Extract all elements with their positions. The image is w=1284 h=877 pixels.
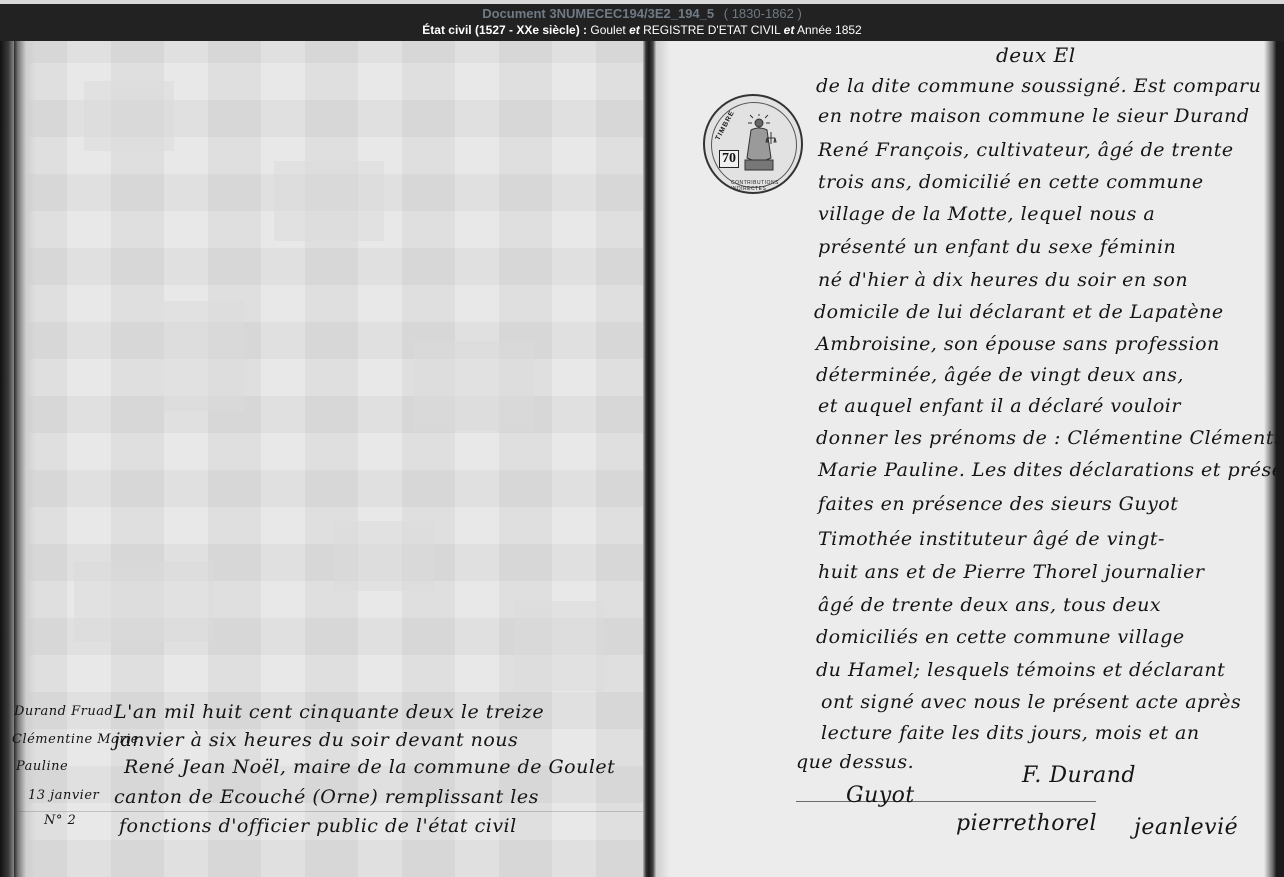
handwritten-line: né d'hier à dix heures du soir en son xyxy=(818,269,1188,291)
handwritten-line: L'an mil huit cent cinquante deux le tre… xyxy=(114,701,544,723)
scan-tile xyxy=(414,341,534,431)
margin-annotation: deux El xyxy=(996,43,1076,67)
document-years: ( 1830-1862 ) xyxy=(724,6,802,21)
margin-note-line: N° 2 xyxy=(44,813,76,828)
document-header: Document 3NUMECEC194/3E2_194_5 ( 1830-18… xyxy=(0,4,1284,41)
handwritten-line: canton de Ecouché (Orne) remplissant les xyxy=(114,786,539,808)
handwritten-line: présenté un enfant du sexe féminin xyxy=(818,236,1176,258)
handwritten-line: et auquel enfant il a déclaré vouloir xyxy=(818,395,1181,417)
handwritten-line: de la dite commune soussigné. Est compar… xyxy=(816,75,1261,97)
document-title: Document 3NUMECEC194/3E2_194_5 xyxy=(482,6,714,21)
ruled-line xyxy=(14,811,643,812)
handwritten-line: que dessus. xyxy=(796,751,914,773)
breadcrumb-separator: et xyxy=(629,23,640,37)
scan-tile xyxy=(334,521,434,591)
right-page-scan: TIMBRE 70 CONTRIBUTIONS INDIRECTES deux … xyxy=(656,41,1276,877)
handwritten-line: fonctions d'officier public de l'état ci… xyxy=(119,815,517,837)
signature-flourish xyxy=(796,801,1096,802)
handwritten-line: âgé de trente deux ans, tous deux xyxy=(818,594,1161,616)
handwritten-line: village de la Motte, lequel nous a xyxy=(818,203,1155,225)
book-right-edge xyxy=(1276,41,1284,877)
book-left-edge xyxy=(0,41,14,877)
handwritten-line: donner les prénoms de : Clémentine Cléme… xyxy=(816,427,1284,449)
handwritten-line: du Hamel; lesquels témoins et déclarant xyxy=(816,659,1225,681)
breadcrumb-collection[interactable]: État civil (1527 - XXe siècle) : xyxy=(422,23,587,37)
handwritten-line: ont signé avec nous le présent acte aprè… xyxy=(821,691,1241,713)
breadcrumb: État civil (1527 - XXe siècle) : Goulet … xyxy=(0,23,1284,38)
scan-tile xyxy=(84,81,174,151)
breadcrumb-register[interactable]: REGISTRE D'ETAT CIVIL xyxy=(643,23,780,37)
scan-tile xyxy=(514,601,604,691)
signature: Guyot xyxy=(846,783,915,808)
signature: pierrethorel xyxy=(956,811,1097,836)
left-page-scan: Durand Fruad Clémentine Marie Pauline 13… xyxy=(14,41,643,877)
handwritten-line: Marie Pauline. Les dites déclarations et… xyxy=(818,459,1284,481)
stamp-caption: CONTRIBUTIONS INDIRECTES xyxy=(731,180,801,192)
breadcrumb-separator: et xyxy=(784,23,795,37)
margin-note-line: 13 janvier xyxy=(28,788,99,803)
signature: F. Durand xyxy=(1022,763,1136,788)
scan-tile xyxy=(74,561,214,641)
image-viewer[interactable]: Durand Fruad Clémentine Marie Pauline 13… xyxy=(0,41,1284,877)
document-title-line: Document 3NUMECEC194/3E2_194_5 ( 1830-18… xyxy=(0,6,1284,22)
handwritten-line: huit ans et de Pierre Thorel journalier xyxy=(818,561,1204,583)
breadcrumb-year[interactable]: Année 1852 xyxy=(797,23,862,37)
scan-tile xyxy=(164,301,244,411)
book-gutter xyxy=(643,41,656,877)
tax-stamp: TIMBRE 70 CONTRIBUTIONS INDIRECTES xyxy=(703,94,803,194)
handwritten-line: René François, cultivateur, âgé de trent… xyxy=(818,139,1234,161)
margin-note-line: Durand Fruad xyxy=(14,704,113,719)
handwritten-line: René Jean Noël, maire de la commune de G… xyxy=(124,756,615,778)
breadcrumb-commune[interactable]: Goulet xyxy=(590,23,625,37)
handwritten-line: domicile de lui déclarant et de Lapatène xyxy=(814,301,1224,323)
handwritten-line: trois ans, domicilié en cette commune xyxy=(818,171,1204,193)
handwritten-line: Timothée instituteur âgé de vingt- xyxy=(818,528,1165,550)
handwritten-line: lecture faite les dits jours, mois et an xyxy=(821,722,1200,744)
signature: jeanlevié xyxy=(1134,815,1238,840)
margin-note-line: Pauline xyxy=(16,759,68,774)
seated-liberty-icon xyxy=(741,114,777,174)
scan-tile xyxy=(274,161,384,241)
stamp-value: 70 xyxy=(719,150,739,168)
handwritten-line: Ambroisine, son épouse sans profession xyxy=(816,333,1220,355)
handwritten-line: domiciliés en cette commune village xyxy=(816,626,1185,648)
handwritten-line: janvier à six heures du soir devant nous xyxy=(114,729,518,751)
handwritten-line: faites en présence des sieurs Guyot xyxy=(818,493,1178,515)
handwritten-line: en notre maison commune le sieur Durand xyxy=(818,105,1250,127)
handwritten-line: déterminée, âgée de vingt deux ans, xyxy=(816,364,1184,386)
